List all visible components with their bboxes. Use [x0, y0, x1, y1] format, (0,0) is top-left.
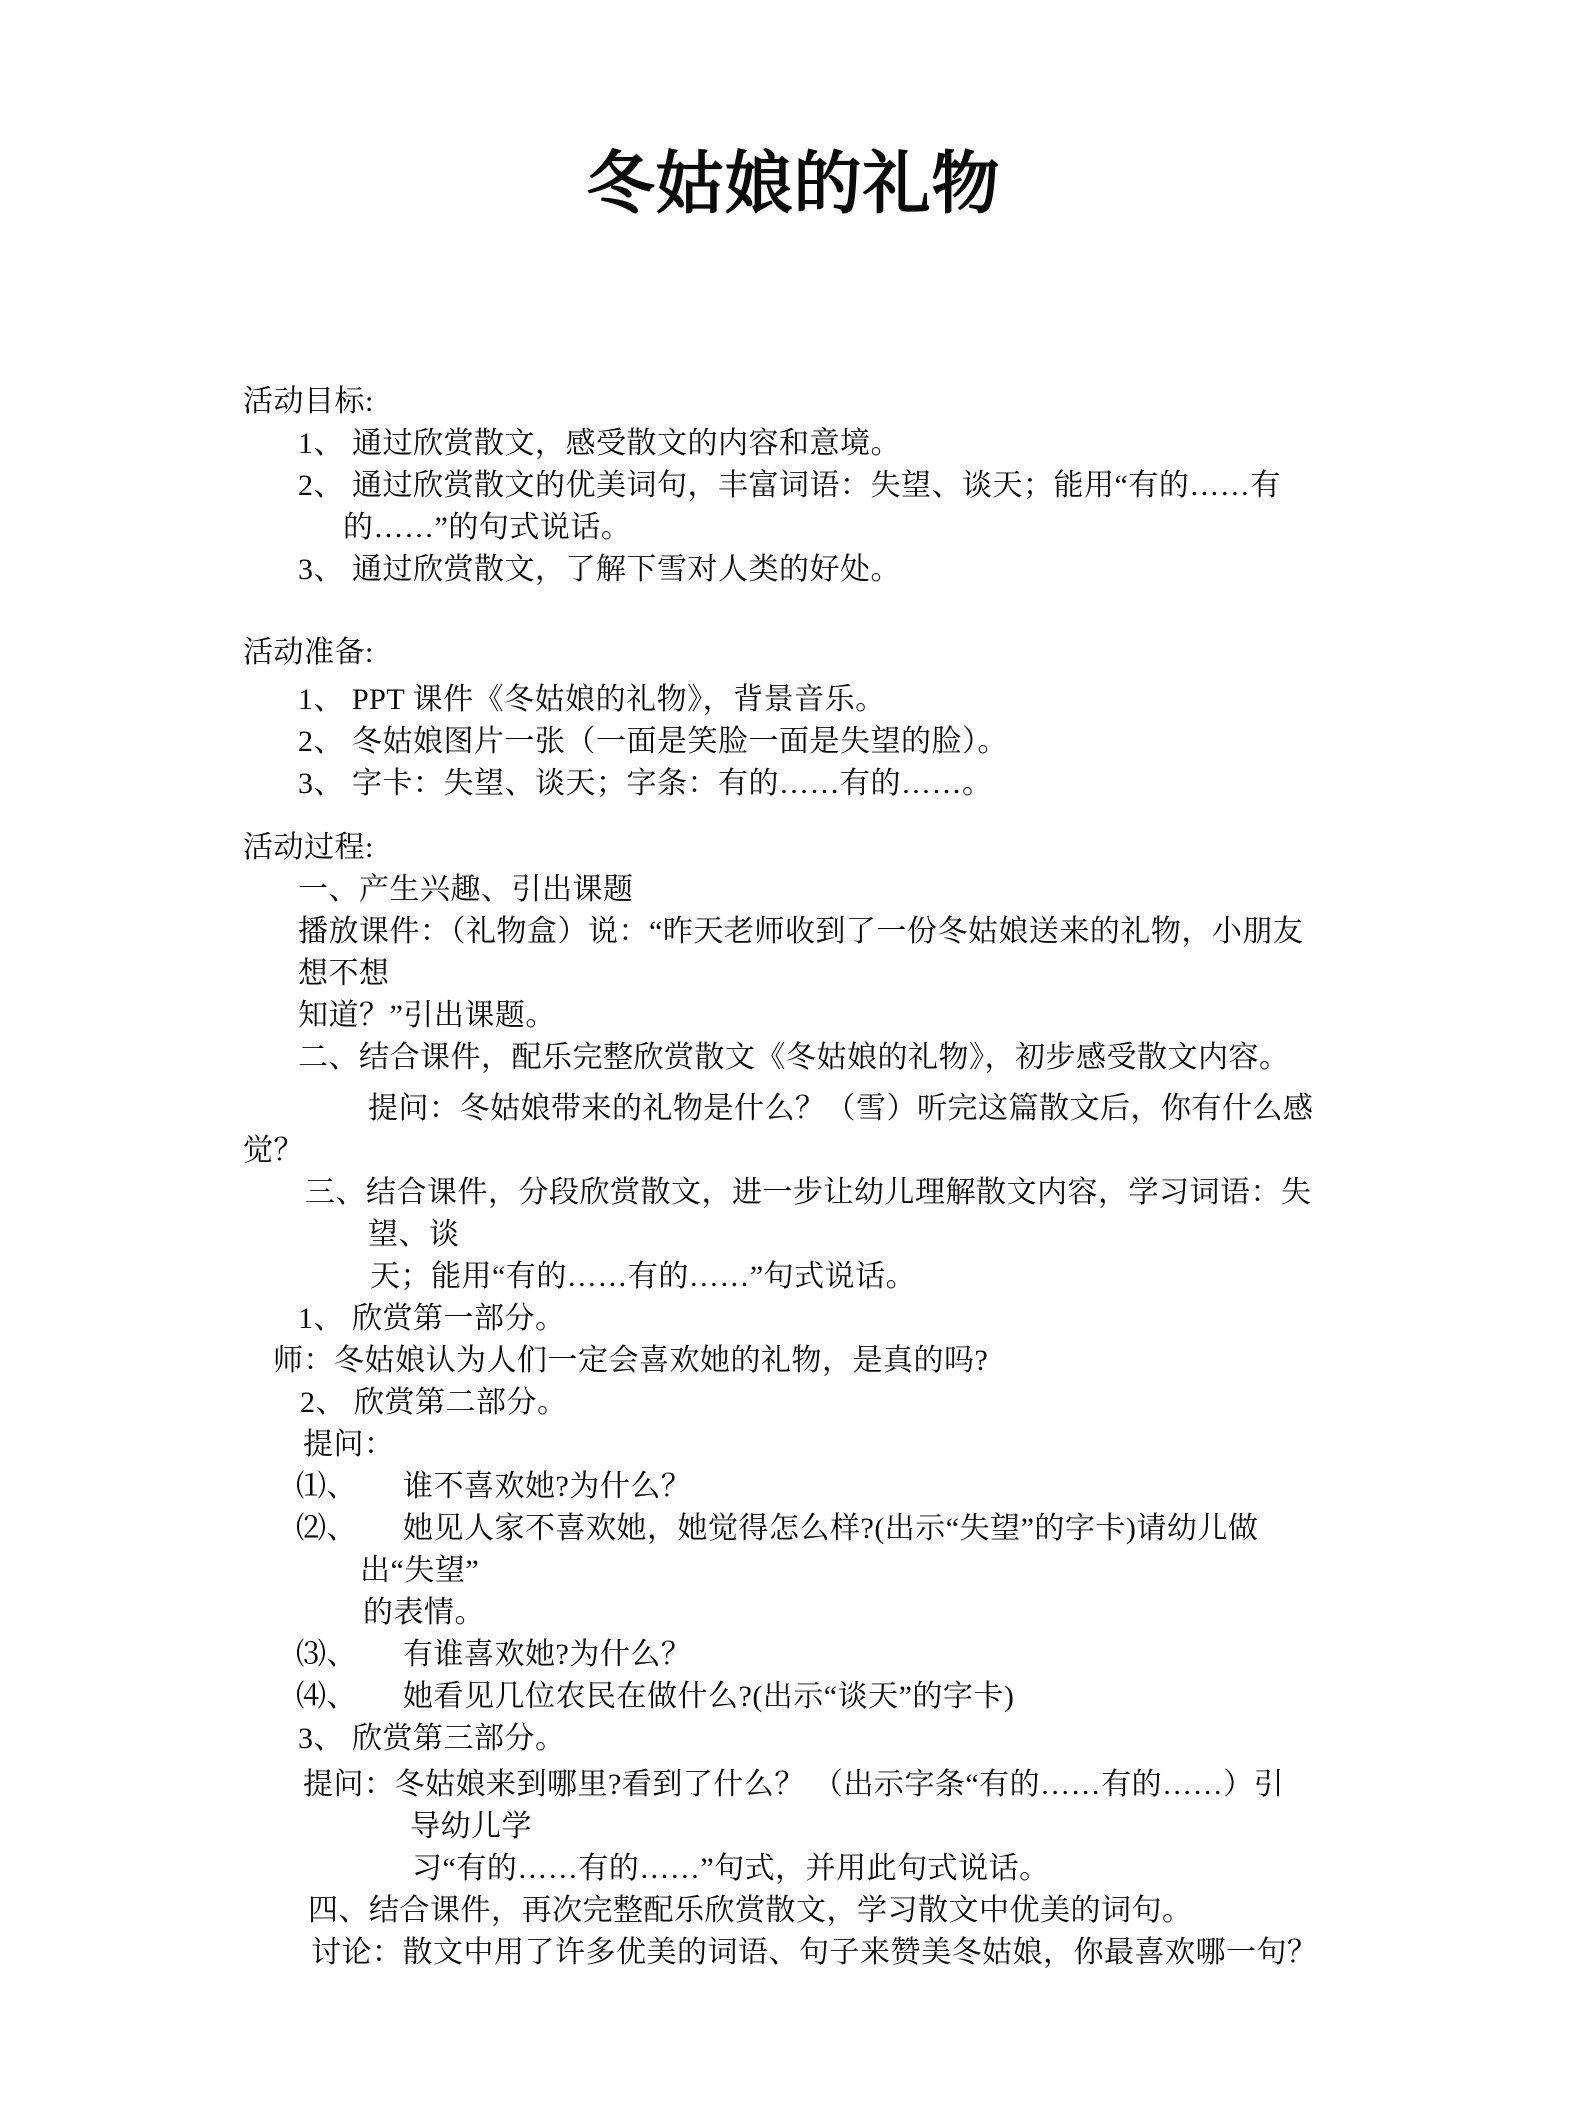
text-line: 2、 欣赏第二部分。	[300, 1382, 1427, 1424]
text-line: 导幼儿学	[410, 1806, 1427, 1848]
text-line: 师：冬姑娘认为人们一定会喜欢她的礼物，是真的吗?	[273, 1340, 1427, 1382]
document-body: 活动目标:1、 通过欣赏散文，感受散文的内容和意境。2、 通过欣赏散文的优美词句…	[0, 381, 1587, 1974]
text-line: 3、 欣赏第三部分。	[298, 1718, 1427, 1760]
text-line: 的表情。	[363, 1592, 1427, 1634]
text-line: ⑷、 她看见几位农民在做什么?(出示“谈天”的字卡)	[296, 1676, 1427, 1718]
text-line: 1、 通过欣赏散文，感受散文的内容和意境。	[298, 423, 1427, 465]
text-line: 活动目标:	[243, 381, 1427, 423]
document-title: 冬姑娘的礼物	[0, 0, 1587, 230]
text-line: 提问：冬姑娘来到哪里?看到了什么？ （出示字条“有的……有的……）引	[303, 1764, 1427, 1806]
text-line: 1、 欣赏第一部分。	[298, 1298, 1427, 1340]
text-line: 提问：	[303, 1424, 1427, 1466]
text-line: 提问：冬姑娘带来的礼物是什么？（雪）听完这篇散文后，你有什么感	[368, 1088, 1427, 1130]
text-line: 的……”的句式说话。	[343, 507, 1427, 549]
text-line: 播放课件：（礼物盒）说：“昨天老师收到了一份冬姑娘送来的礼物，小朋友	[298, 911, 1427, 953]
text-line: 出“失望”	[360, 1550, 1427, 1592]
text-line: ⑵、 她见人家不喜欢她，她觉得怎么样?(出示“失望”的字卡)请幼儿做	[296, 1508, 1427, 1550]
text-line: 习“有的……有的……”句式，并用此句式说话。	[412, 1848, 1427, 1890]
text-line: 三、结合课件，分段欣赏散文，进一步让幼儿理解散文内容，学习词语：失	[305, 1172, 1427, 1214]
text-line: ⑴、 谁不喜欢她?为什么？	[296, 1466, 1427, 1508]
document-page: 冬姑娘的礼物 活动目标:1、 通过欣赏散文，感受散文的内容和意境。2、 通过欣赏…	[0, 0, 1587, 2114]
text-line: 望、谈	[368, 1214, 1427, 1256]
text-line: 天；能用“有的……有的……”句式说话。	[370, 1256, 1427, 1298]
text-line: 知道？”引出课题。	[298, 995, 1427, 1037]
text-line: ⑶、 有谁喜欢她?为什么？	[296, 1634, 1427, 1676]
text-line: 活动过程:	[243, 827, 1427, 869]
text-line: 想不想	[298, 953, 1427, 995]
text-line: 1、 PPT 课件《冬姑娘的礼物》，背景音乐。	[298, 679, 1427, 721]
text-line: 二、结合课件，配乐完整欣赏散文《冬姑娘的礼物》，初步感受散文内容。	[298, 1037, 1427, 1079]
text-line: 3、 通过欣赏散文，了解下雪对人类的好处。	[298, 549, 1427, 591]
text-line: 3、 字卡：失望、谈天；字条：有的……有的……。	[298, 763, 1427, 805]
text-line: 2、 通过欣赏散文的优美词句，丰富词语：失望、谈天；能用“有的……有	[298, 465, 1427, 507]
text-line: 讨论：散文中用了许多优美的词语、句子来赞美冬姑娘，你最喜欢哪一句？	[311, 1932, 1427, 1974]
text-line: 活动准备:	[243, 632, 1427, 674]
text-line: 觉？	[243, 1130, 1427, 1172]
text-line: 一、产生兴趣、引出课题	[298, 869, 1427, 911]
text-line: 四、结合课件，再次完整配乐欣赏散文，学习散文中优美的词句。	[308, 1890, 1427, 1932]
text-line: 2、 冬姑娘图片一张（一面是笑脸一面是失望的脸）。	[298, 721, 1427, 763]
